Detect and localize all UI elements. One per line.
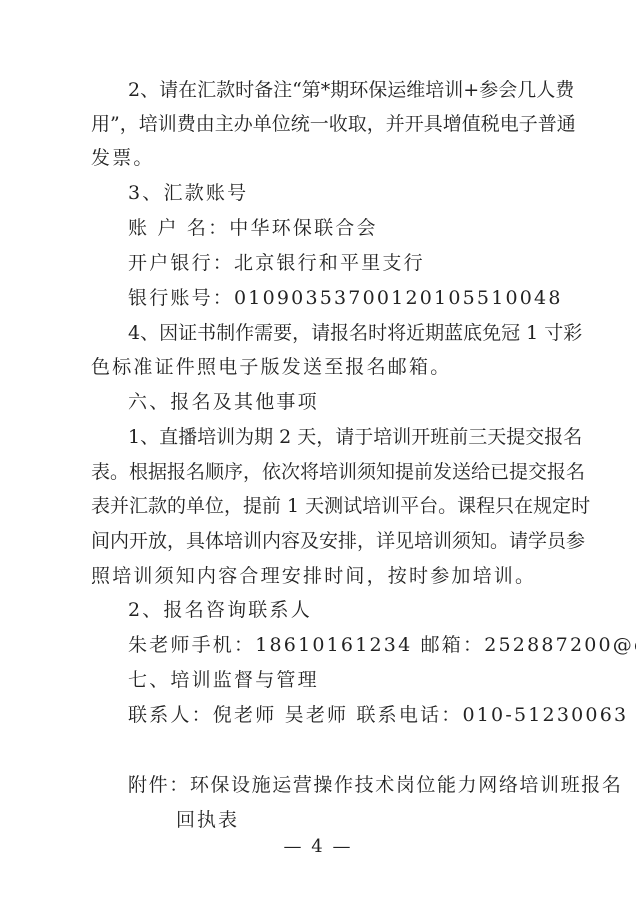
text-line: 朱老师手机：18610161234 邮箱：252887200@qq.com: [128, 633, 533, 657]
document-page: 2、请在汇款时备注“第*期环保运维培训+参会几人费用”，培训费由主办单位统一收取…: [0, 0, 636, 900]
text-line: 发票。: [91, 146, 533, 170]
attachment-line-1: 附件：环保设施运营操作技术岗位能力网络培训班报名: [128, 773, 533, 797]
attachment-label: 附件：: [128, 774, 190, 796]
text-line: 2、报名咨询联系人: [128, 598, 533, 622]
text-line: 七、培训监督与管理: [128, 668, 533, 692]
text-line: 色标准证件照电子版发送至报名邮箱。: [91, 355, 533, 379]
text-line: 表并汇款的单位，提前 1 天测试培训平台。课程只在规定时: [91, 494, 533, 518]
text-line: 银行账号：01090353700120105510048: [128, 286, 533, 310]
text-line: 4、因证书制作需要，请报名时将近期蓝底免冠 1 寸彩: [128, 321, 533, 345]
text-line: 2、请在汇款时备注“第*期环保运维培训+参会几人费: [128, 78, 533, 102]
text-line: 表。根据报名顺序，依次将培训须知提前发送给已提交报名: [91, 460, 533, 484]
text-line: 1、直播培训为期 2 天，请于培训开班前三天提交报名: [128, 425, 533, 449]
text-line: 账 户 名：中华环保联合会: [128, 216, 533, 240]
text-line: 用”，培训费由主办单位统一收取，并开具增值税电子普通: [91, 112, 533, 136]
page-number: — 4 —: [0, 836, 636, 857]
text-line: 间内开放，具体培训内容及安排，详见培训须知。请学员参: [91, 529, 533, 553]
text-line: 六、报名及其他事项: [128, 390, 533, 414]
attachment-line-2: 回执表: [176, 808, 618, 832]
text-line: 3、汇款账号: [128, 181, 533, 205]
attachment-title: 环保设施运营操作技术岗位能力网络培训班报名: [190, 774, 623, 796]
text-line: 开户银行：北京银行和平里支行: [128, 251, 533, 275]
text-line: 联系人：倪老师 吴老师 联系电话：010-51230063: [128, 703, 533, 727]
text-line: 照培训须知内容合理安排时间，按时参加培训。: [91, 564, 533, 588]
